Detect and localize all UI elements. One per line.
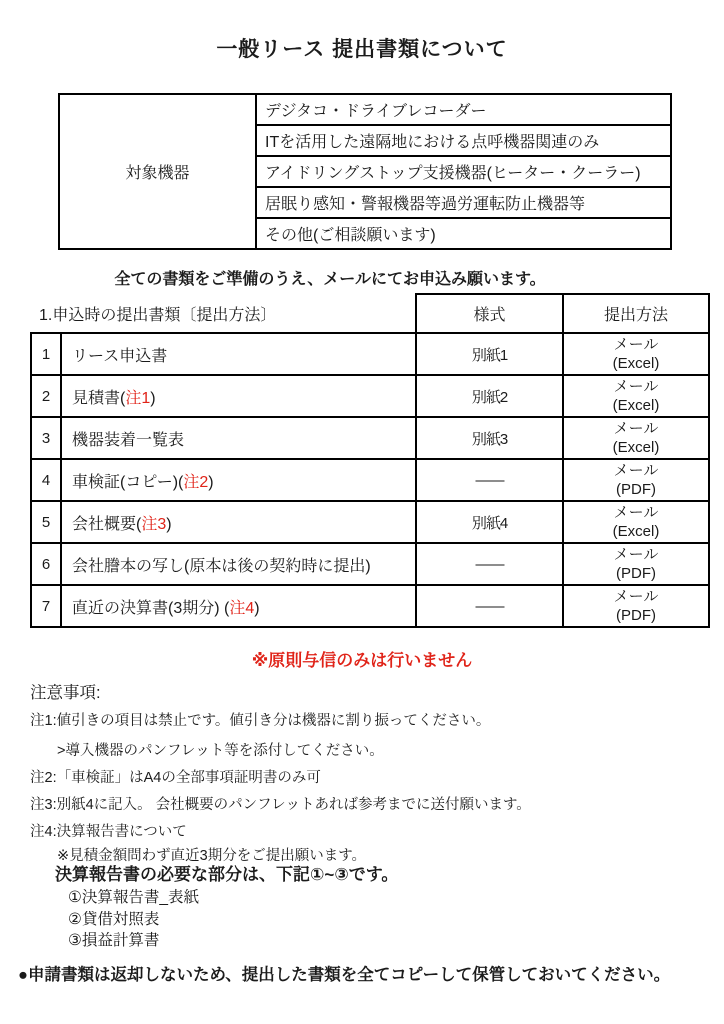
method-value: メール(Excel) xyxy=(563,375,709,417)
report-item-1: ①決算報告書_表紙 xyxy=(68,885,199,907)
note-ref: 注3 xyxy=(141,516,166,533)
note-2: 注2:「車検証」はA4の全部事項証明書のみ可 xyxy=(30,766,321,787)
format-value: 別紙4 xyxy=(416,501,563,543)
document-name-suffix: ) xyxy=(166,516,171,533)
document-name-text: リース申込書 xyxy=(72,348,167,365)
report-item-3: ③損益計算書 xyxy=(68,928,159,950)
method-line1: メール xyxy=(564,545,708,564)
document-name-text: 直近の決算書(3期分) ( xyxy=(72,600,229,617)
document-name-suffix: ) xyxy=(150,390,155,407)
note-ref: 注1 xyxy=(125,390,150,407)
method-value: メール(PDF) xyxy=(563,543,709,585)
method-line2: (Excel) xyxy=(564,354,708,373)
target-equipment-item: 居眠り感知・警報機器等過労運転防止機器等 xyxy=(256,187,671,218)
document-name-text: 機器装着一覧表 xyxy=(72,432,184,449)
note-1: 注1:値引きの項目は禁止です。値引き分は機器に割り振ってください。 xyxy=(30,709,490,730)
document-name-text: 会社謄本の写し(原本は後の契約時に提出) xyxy=(72,558,371,575)
method-line1: メール xyxy=(564,461,708,480)
row-number: 5 xyxy=(31,501,61,543)
method-line2: (PDF) xyxy=(564,606,708,625)
note-3: 注3:別紙4に記入。 会社概要のパンフレットあれば参考までに送付願います。 xyxy=(30,793,531,814)
method-value: メール(PDF) xyxy=(563,459,709,501)
target-equipment-table: 対象機器 デジタコ・ドライブレコーダー ITを活用した遠隔地における点呼機器関連… xyxy=(58,93,672,250)
document-name: 機器装着一覧表 xyxy=(61,417,416,459)
method-value: メール(Excel) xyxy=(563,417,709,459)
target-equipment-item: アイドリングストップ支援機器(ヒーター・クーラー) xyxy=(256,156,671,187)
method-line1: メール xyxy=(564,419,708,438)
method-line1: メール xyxy=(564,503,708,522)
format-value: 別紙2 xyxy=(416,375,563,417)
format-value: —— xyxy=(416,459,563,501)
column-header-method: 提出方法 xyxy=(563,294,709,333)
row-number: 2 xyxy=(31,375,61,417)
method-value: メール(Excel) xyxy=(563,501,709,543)
table-row: 6 会社謄本の写し(原本は後の契約時に提出) —— メール(PDF) xyxy=(31,543,709,585)
method-line2: (PDF) xyxy=(564,564,708,583)
row-number: 6 xyxy=(31,543,61,585)
document-name: 車検証(コピー)(注2) xyxy=(61,459,416,501)
method-line2: (Excel) xyxy=(564,396,708,415)
method-line1: メール xyxy=(564,587,708,606)
document-name-suffix: ) xyxy=(208,474,213,491)
document-name-text: 会社概要( xyxy=(72,516,141,533)
column-header-format: 様式 xyxy=(416,294,563,333)
target-equipment-label: 対象機器 xyxy=(59,94,256,249)
format-value: —— xyxy=(416,543,563,585)
page-title: 一般リース 提出書類について xyxy=(0,33,724,63)
note-1-sub: >導入機器のパンフレット等を添付してください。 xyxy=(57,739,384,760)
table-row: 1 リース申込書 別紙1 メール(Excel) xyxy=(31,333,709,375)
preparation-note: 全ての書類をご準備のうえ、メールにてお申込み願います。 xyxy=(0,266,660,289)
method-line2: (Excel) xyxy=(564,438,708,457)
document-name-text: 見積書( xyxy=(72,390,125,407)
row-number: 4 xyxy=(31,459,61,501)
format-value: 別紙1 xyxy=(416,333,563,375)
document-name-suffix: ) xyxy=(254,600,259,617)
document-name: 見積書(注1) xyxy=(61,375,416,417)
document-name: 会社概要(注3) xyxy=(61,501,416,543)
document-name: リース申込書 xyxy=(61,333,416,375)
table-row: 対象機器 デジタコ・ドライブレコーダー xyxy=(59,94,671,125)
target-equipment-item: ITを活用した遠隔地における点呼機器関連のみ xyxy=(256,125,671,156)
report-item-2: ②貸借対照表 xyxy=(68,907,159,929)
document-name: 会社謄本の写し(原本は後の契約時に提出) xyxy=(61,543,416,585)
method-value: メール(PDF) xyxy=(563,585,709,627)
target-equipment-item: その他(ご相談願います) xyxy=(256,218,671,249)
note-4-sub2: 決算報告書の必要な部分は、下記①~③です。 xyxy=(55,860,398,885)
notes-heading: 注意事項: xyxy=(30,679,101,703)
method-line2: (PDF) xyxy=(564,480,708,499)
format-value: 別紙3 xyxy=(416,417,563,459)
table-row: 5 会社概要(注3) 別紙4 メール(Excel) xyxy=(31,501,709,543)
table-row: 2 見積書(注1) 別紙2 メール(Excel) xyxy=(31,375,709,417)
row-number: 3 xyxy=(31,417,61,459)
note-ref: 注4 xyxy=(229,600,254,617)
table-row: 3 機器装着一覧表 別紙3 メール(Excel) xyxy=(31,417,709,459)
format-value: —— xyxy=(416,585,563,627)
method-line1: メール xyxy=(564,377,708,396)
credit-warning: ※原則与信のみは行いません xyxy=(0,646,724,671)
footer-note: ●申請書類は返却しないため、提出した書類を全てコピーして保管しておいてください。 xyxy=(18,961,670,985)
method-line1: メール xyxy=(564,335,708,354)
table-caption: 1.申込時の提出書類〔提出方法〕 xyxy=(31,294,416,333)
document-page: { "page": { "title": "一般リース 提出書類について" },… xyxy=(0,0,724,1024)
table-row: 4 車検証(コピー)(注2) —— メール(PDF) xyxy=(31,459,709,501)
row-number: 1 xyxy=(31,333,61,375)
document-name-text: 車検証(コピー)( xyxy=(72,474,183,491)
row-number: 7 xyxy=(31,585,61,627)
table-row: 7 直近の決算書(3期分) (注4) —— メール(PDF) xyxy=(31,585,709,627)
note-ref: 注2 xyxy=(183,474,208,491)
document-name: 直近の決算書(3期分) (注4) xyxy=(61,585,416,627)
submission-documents-table: 1.申込時の提出書類〔提出方法〕 様式 提出方法 1 リース申込書 別紙1 メー… xyxy=(30,293,710,628)
table-header-row: 1.申込時の提出書類〔提出方法〕 様式 提出方法 xyxy=(31,294,709,333)
note-4: 注4:決算報告書について xyxy=(30,820,187,841)
method-value: メール(Excel) xyxy=(563,333,709,375)
target-equipment-item: デジタコ・ドライブレコーダー xyxy=(256,94,671,125)
method-line2: (Excel) xyxy=(564,522,708,541)
